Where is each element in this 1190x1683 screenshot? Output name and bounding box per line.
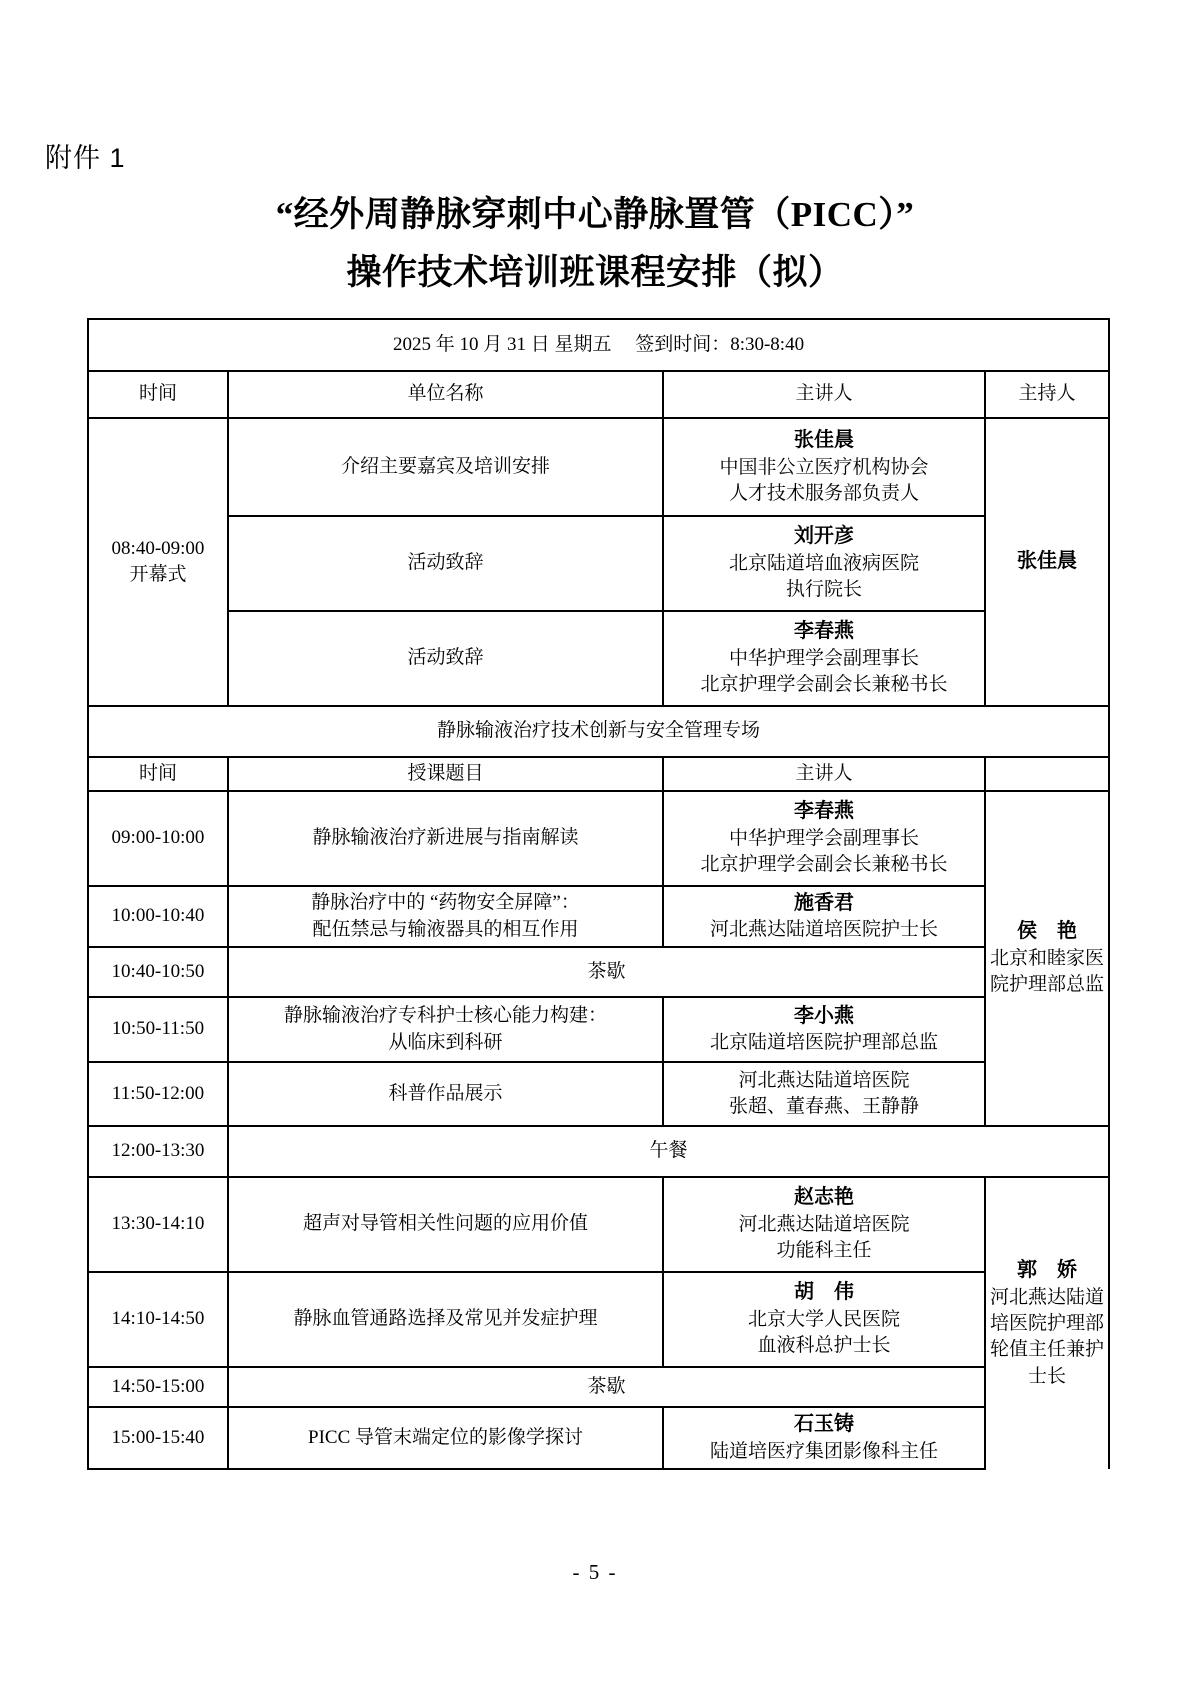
host-cell: 郭 娇 河北燕达陆道培医院护理部轮值主任兼护士长 bbox=[985, 1177, 1109, 1469]
host-cell: 张佳晨 bbox=[985, 418, 1109, 706]
col-header-time: 时间 bbox=[88, 371, 228, 418]
table-row: 08:40-09:00 开幕式 介绍主要嘉宾及培训安排 张佳晨 中国非公立医疗机… bbox=[88, 418, 1109, 516]
speaker-cell: 胡 伟 北京大学人民医院 血液科总护士长 bbox=[663, 1272, 985, 1367]
time-cell: 10:00-10:40 bbox=[88, 886, 228, 947]
topic-cell: 静脉输液治疗专科护士核心能力构建： 从临床到科研 bbox=[228, 997, 663, 1062]
morning-header-row: 时间 授课题目 主讲人 bbox=[88, 757, 1109, 791]
page-number: - 5 - bbox=[0, 1560, 1190, 1585]
time-cell: 09:00-10:00 bbox=[88, 791, 228, 886]
topic-cell: 静脉输液治疗新进展与指南解读 bbox=[228, 791, 663, 886]
host-title: 河北燕达陆道培医院护理部轮值主任兼护士长 bbox=[990, 1285, 1104, 1390]
topic-cell: 介绍主要嘉宾及培训安排 bbox=[228, 418, 663, 516]
host-title: 北京和睦家医院护理部总监 bbox=[990, 946, 1104, 998]
time-cell: 11:50-12:00 bbox=[88, 1062, 228, 1126]
speaker-cell: 李小燕 北京陆道培医院护理部总监 bbox=[663, 997, 985, 1062]
attachment-label: 附件 1 bbox=[45, 136, 126, 175]
speaker-cell: 张佳晨 中国非公立医疗机构协会 人才技术服务部负责人 bbox=[663, 418, 985, 516]
speaker-cell: 施香君 河北燕达陆道培医院护士长 bbox=[663, 886, 985, 947]
col-header-topic: 授课题目 bbox=[228, 757, 663, 791]
speaker-cell: 河北燕达陆道培医院 张超、董春燕、王静静 bbox=[663, 1062, 985, 1126]
speaker-name: 张佳晨 bbox=[668, 427, 980, 455]
date-row: 2025 年 10 月 31 日 星期五 签到时间：8:30-8:40 bbox=[88, 319, 1109, 371]
speaker-affiliation: 北京护理学会副会长兼秘书长 bbox=[668, 852, 980, 878]
speaker-name: 李小燕 bbox=[668, 1003, 980, 1031]
time-cell: 15:00-15:40 bbox=[88, 1407, 228, 1469]
topic-line: 配伍禁忌与输液器具的相互作用 bbox=[233, 917, 658, 943]
speaker-affiliation: 陆道培医疗集团影像科主任 bbox=[668, 1439, 980, 1465]
speaker-cell: 李春燕 中华护理学会副理事长 北京护理学会副会长兼秘书长 bbox=[663, 791, 985, 886]
speaker-name: 胡 伟 bbox=[668, 1279, 980, 1307]
speaker-cell: 李春燕 中华护理学会副理事长 北京护理学会副会长兼秘书长 bbox=[663, 611, 985, 706]
break-row: 10:40-10:50 茶歇 bbox=[88, 947, 1109, 997]
speaker-affiliation: 河北燕达陆道培医院 bbox=[668, 1212, 980, 1238]
topic-cell: PICC 导管末端定位的影像学探讨 bbox=[228, 1407, 663, 1469]
time-cell: 14:10-14:50 bbox=[88, 1272, 228, 1367]
speaker-affiliation: 北京大学人民医院 bbox=[668, 1307, 980, 1333]
speaker-name: 刘开彦 bbox=[668, 523, 980, 551]
col-header-unit: 单位名称 bbox=[228, 371, 663, 418]
topic-cell: 超声对导管相关性问题的应用价值 bbox=[228, 1177, 663, 1272]
speaker-affiliation: 北京陆道培血液病医院 bbox=[668, 551, 980, 577]
schedule-table: 2025 年 10 月 31 日 星期五 签到时间：8:30-8:40 时间 单… bbox=[87, 318, 1110, 1470]
speaker-name: 石玉铸 bbox=[668, 1411, 980, 1439]
speaker-affiliation: 河北燕达陆道培医院护士长 bbox=[668, 917, 980, 943]
break-cell: 茶歇 bbox=[228, 947, 985, 997]
schedule-table-wrap: 2025 年 10 月 31 日 星期五 签到时间：8:30-8:40 时间 单… bbox=[87, 318, 1110, 1470]
speaker-cell: 石玉铸 陆道培医疗集团影像科主任 bbox=[663, 1407, 985, 1469]
opening-header-row: 时间 单位名称 主讲人 主持人 bbox=[88, 371, 1109, 418]
opening-time-cell: 08:40-09:00 开幕式 bbox=[88, 418, 228, 706]
topic-line: 静脉治疗中的 “药物安全屏障”： bbox=[233, 890, 658, 916]
table-row: 14:10-14:50 静脉血管通路选择及常见并发症护理 胡 伟 北京大学人民医… bbox=[88, 1272, 1109, 1367]
speaker-affiliation: 北京陆道培医院护理部总监 bbox=[668, 1030, 980, 1056]
page-title: “经外周静脉穿刺中心静脉置管（PICC）” 操作技术培训班课程安排（拟） bbox=[0, 186, 1190, 302]
break-row: 14:50-15:00 茶歇 bbox=[88, 1367, 1109, 1407]
topic-cell: 活动致辞 bbox=[228, 611, 663, 706]
page-title-line1: “经外周静脉穿刺中心静脉置管（PICC）” bbox=[0, 186, 1190, 244]
date-header: 2025 年 10 月 31 日 星期五 签到时间：8:30-8:40 bbox=[88, 319, 1109, 371]
topic-cell: 静脉血管通路选择及常见并发症护理 bbox=[228, 1272, 663, 1367]
table-row: 15:00-15:40 PICC 导管末端定位的影像学探讨 石玉铸 陆道培医疗集… bbox=[88, 1407, 1109, 1469]
session-band: 静脉输液治疗技术创新与安全管理专场 bbox=[88, 706, 1109, 757]
document-page: 附件 1 “经外周静脉穿刺中心静脉置管（PICC）” 操作技术培训班课程安排（拟… bbox=[0, 0, 1190, 1683]
speaker-cell: 刘开彦 北京陆道培血液病医院 执行院长 bbox=[663, 516, 985, 611]
speaker-affiliation: 执行院长 bbox=[668, 577, 980, 603]
page-title-line2: 操作技术培训班课程安排（拟） bbox=[0, 244, 1190, 302]
speaker-name: 李春燕 bbox=[668, 618, 980, 646]
speaker-affiliation: 张超、董春燕、王静静 bbox=[668, 1094, 980, 1120]
time-cell: 10:40-10:50 bbox=[88, 947, 228, 997]
lunch-cell: 午餐 bbox=[228, 1126, 1109, 1177]
speaker-name: 赵志艳 bbox=[668, 1184, 980, 1212]
speaker-affiliation: 血液科总护士长 bbox=[668, 1333, 980, 1359]
speaker-cell: 赵志艳 河北燕达陆道培医院 功能科主任 bbox=[663, 1177, 985, 1272]
col-header-host: 主持人 bbox=[985, 371, 1109, 418]
table-row: 10:50-11:50 静脉输液治疗专科护士核心能力构建： 从临床到科研 李小燕… bbox=[88, 997, 1109, 1062]
break-cell: 茶歇 bbox=[228, 1367, 985, 1407]
speaker-name: 李春燕 bbox=[668, 798, 980, 826]
topic-cell: 静脉治疗中的 “药物安全屏障”： 配伍禁忌与输液器具的相互作用 bbox=[228, 886, 663, 947]
speaker-name: 施香君 bbox=[668, 890, 980, 918]
speaker-affiliation: 中国非公立医疗机构协会 bbox=[668, 455, 980, 481]
col-header-time: 时间 bbox=[88, 757, 228, 791]
time-cell: 12:00-13:30 bbox=[88, 1126, 228, 1177]
time-cell: 10:50-11:50 bbox=[88, 997, 228, 1062]
opening-time-label: 开幕式 bbox=[93, 562, 223, 588]
host-name: 张佳晨 bbox=[990, 548, 1104, 576]
table-row: 10:00-10:40 静脉治疗中的 “药物安全屏障”： 配伍禁忌与输液器具的相… bbox=[88, 886, 1109, 947]
speaker-affiliation: 中华护理学会副理事长 bbox=[668, 826, 980, 852]
host-cell: 侯 艳 北京和睦家医院护理部总监 bbox=[985, 791, 1109, 1126]
speaker-affiliation: 中华护理学会副理事长 bbox=[668, 646, 980, 672]
speaker-affiliation: 人才技术服务部负责人 bbox=[668, 481, 980, 507]
opening-time-range: 08:40-09:00 bbox=[93, 536, 223, 562]
col-header-speaker: 主讲人 bbox=[663, 757, 985, 791]
topic-line: 从临床到科研 bbox=[233, 1030, 658, 1056]
col-header-empty bbox=[985, 757, 1109, 791]
lunch-row: 12:00-13:30 午餐 bbox=[88, 1126, 1109, 1177]
col-header-speaker: 主讲人 bbox=[663, 371, 985, 418]
topic-cell: 科普作品展示 bbox=[228, 1062, 663, 1126]
table-row: 活动致辞 刘开彦 北京陆道培血液病医院 执行院长 bbox=[88, 516, 1109, 611]
table-row: 活动致辞 李春燕 中华护理学会副理事长 北京护理学会副会长兼秘书长 bbox=[88, 611, 1109, 706]
topic-cell: 活动致辞 bbox=[228, 516, 663, 611]
speaker-affiliation: 功能科主任 bbox=[668, 1238, 980, 1264]
session-band-row: 静脉输液治疗技术创新与安全管理专场 bbox=[88, 706, 1109, 757]
host-name: 郭 娇 bbox=[990, 1257, 1104, 1285]
table-row: 13:30-14:10 超声对导管相关性问题的应用价值 赵志艳 河北燕达陆道培医… bbox=[88, 1177, 1109, 1272]
table-row: 11:50-12:00 科普作品展示 河北燕达陆道培医院 张超、董春燕、王静静 bbox=[88, 1062, 1109, 1126]
topic-line: 静脉输液治疗专科护士核心能力构建： bbox=[233, 1003, 658, 1029]
time-cell: 14:50-15:00 bbox=[88, 1367, 228, 1407]
time-cell: 13:30-14:10 bbox=[88, 1177, 228, 1272]
speaker-affiliation: 河北燕达陆道培医院 bbox=[668, 1068, 980, 1094]
speaker-affiliation: 北京护理学会副会长兼秘书长 bbox=[668, 672, 980, 698]
host-name: 侯 艳 bbox=[990, 918, 1104, 946]
table-row: 09:00-10:00 静脉输液治疗新进展与指南解读 李春燕 中华护理学会副理事… bbox=[88, 791, 1109, 886]
